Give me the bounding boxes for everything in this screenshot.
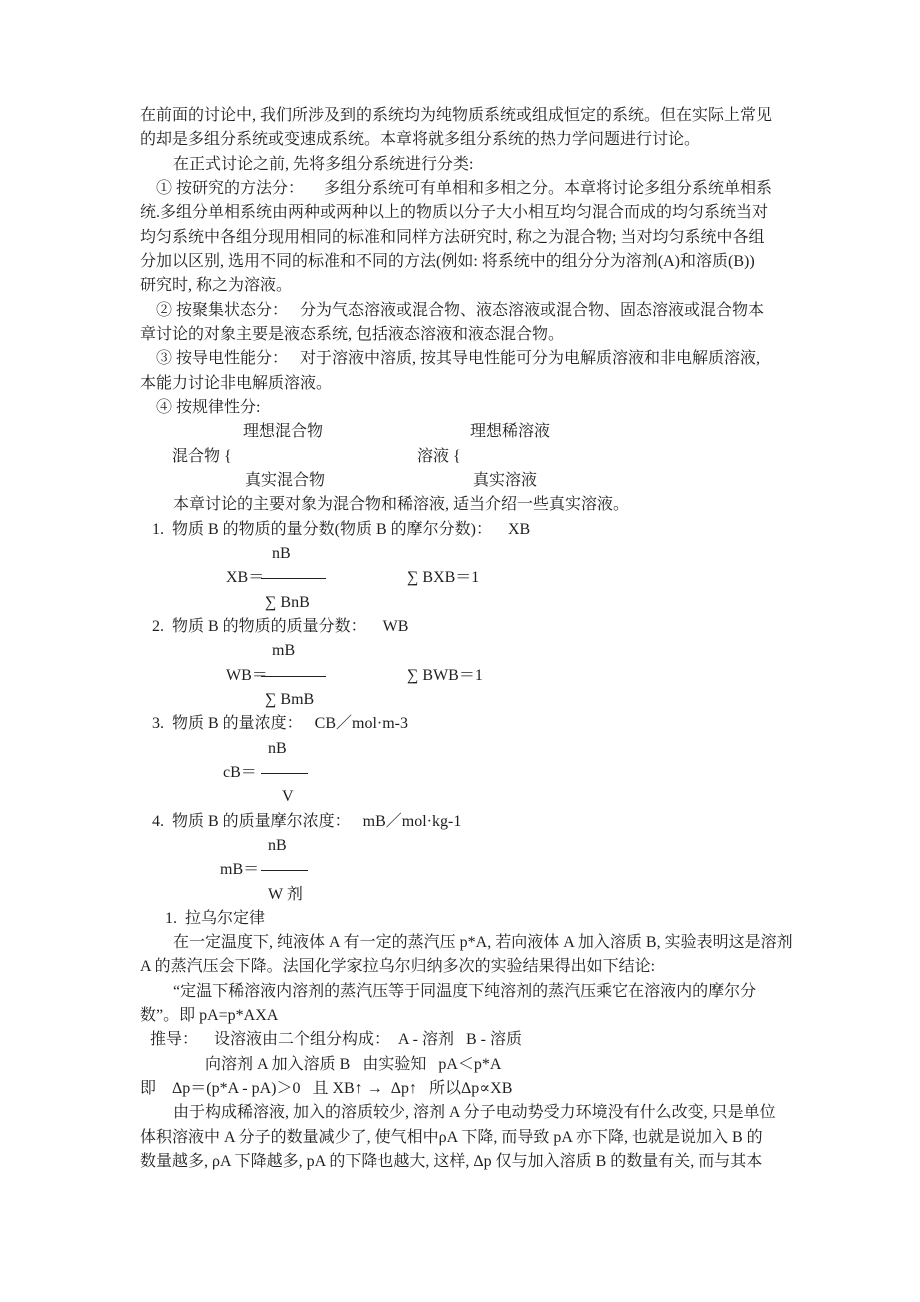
fraction-bar <box>261 578 326 579</box>
formula-xb-main-row: XB＝ ∑ BXB＝1 <box>140 566 808 590</box>
raoult-line: 数”。即 pA=p*AXA <box>140 1004 808 1028</box>
raoult-derivation-line: 推导： 设溶液由二个组分构成： A - 溶剂 B - 溶质 <box>140 1028 808 1052</box>
formula-mb-lhs: mB＝ <box>220 858 259 882</box>
fraction-bar <box>261 773 308 774</box>
formula-mb-numerator: nB <box>268 834 287 858</box>
formula-cb-denominator: V <box>282 785 294 809</box>
scheme-row-ideal: 理想混合物 理想稀溶液 <box>140 420 808 444</box>
formula-wb-sum: ∑ BWB＝1 <box>407 664 483 688</box>
raoult-line: 数量越多, ρA 下降越多, pA 的下降也越大, 这样, Δp 仅与加入溶质 … <box>140 1150 808 1174</box>
formula-xb-sum: ∑ BXB＝1 <box>407 566 479 590</box>
formula-cb-numerator: nB <box>268 737 287 761</box>
intro-line: 在前面的讨论中, 我们所涉及到的系统均为纯物质系统或组成恒定的系统。但在实际上常… <box>140 104 808 128</box>
scheme-row-labels: 混合物 { 溶液 { <box>140 445 808 469</box>
raoult-line: A 的蒸汽压会下降。法国化学家拉乌尔归纳多次的实验结果得出如下结论: <box>140 955 808 979</box>
classification-item-1-line: 统.多组分单相系统由两种或两种以上的物质以分子大小相互均匀混合而成的均匀系统当对 <box>140 201 808 225</box>
classification-item-2: ② 按聚集状态分： 分为气态溶液或混合物、液态溶液或混合物、固态溶液或混合物本 <box>140 299 808 323</box>
raoult-line: 体积溶液中 A 分子的数量减少了, 使气相中ρA 下降, 而导致 pA 亦下降,… <box>140 1126 808 1150</box>
quantity-4-heading: 4. 物质 B 的质量摩尔浓度： mB／mol·kg-1 <box>140 810 808 834</box>
formula-xb-lhs: XB＝ <box>226 566 264 590</box>
scheme-mixture-real: 真实混合物 <box>245 469 325 493</box>
formula-xb-denominator: ∑ BnB <box>265 591 310 615</box>
scheme-solution-real: 真实溶液 <box>473 469 537 493</box>
classification-item-1-line: 研究时, 称之为溶液。 <box>140 274 808 298</box>
scope-line: 本章讨论的主要对象为混合物和稀溶液, 适当介绍一些真实溶液。 <box>140 493 808 517</box>
scheme-solution-label: 溶液 { <box>417 445 461 469</box>
formula-mb-denominator: W 剂 <box>268 883 303 907</box>
formula-mb-main-row: mB＝ <box>140 858 808 882</box>
scheme-mixture-ideal: 理想混合物 <box>243 420 323 444</box>
formula-wb-main-row: WB＝ ∑ BWB＝1 <box>140 664 808 688</box>
formula-wb-denominator: ∑ BmB <box>265 688 314 712</box>
scheme-row-real: 真实混合物 真实溶液 <box>140 469 808 493</box>
document-page: 在前面的讨论中, 我们所涉及到的系统均为纯物质系统或组成恒定的系统。但在实际上常… <box>0 0 920 1302</box>
quantity-1-heading: 1. 物质 B 的物质的量分数(物质 B 的摩尔分数)： XB <box>140 518 808 542</box>
formula-wb-numerator-row: mB <box>140 639 808 663</box>
classification-item-1: ① 按研究的方法分： 多组分系统可有单相和多相之分。本章将讨论多组分系统单相系 <box>140 177 808 201</box>
formula-xb-numerator-row: nB <box>140 542 808 566</box>
classification-item-3: ③ 按导电性能分： 对于溶液中溶质, 按其导电性能可分为电解质溶液和非电解质溶液… <box>140 347 808 371</box>
scheme-solution-ideal: 理想稀溶液 <box>470 420 550 444</box>
formula-cb-denominator-row: V <box>140 785 808 809</box>
formula-xb-numerator: nB <box>272 542 291 566</box>
formula-mb-numerator-row: nB <box>140 834 808 858</box>
quantity-2-heading: 2. 物质 B 的物质的质量分数： WB <box>140 615 808 639</box>
raoult-derivation-line: 即 Δp＝(p*A - pA)＞0 且 XB↑ → Δp↑ 所以Δp∝XB <box>140 1077 808 1101</box>
raoult-heading: 1. 拉乌尔定律 <box>140 907 808 931</box>
raoult-line: 由于构成稀溶液, 加入的溶质较少, 溶剂 A 分子电动势受力环境没有什么改变, … <box>140 1101 808 1125</box>
fraction-bar <box>261 676 326 677</box>
scheme-mixture-label: 混合物 { <box>172 445 232 469</box>
document-content: 在前面的讨论中, 我们所涉及到的系统均为纯物质系统或组成恒定的系统。但在实际上常… <box>140 104 808 1174</box>
raoult-derivation-line: 向溶剂 A 加入溶质 B 由实验知 pA＜p*A <box>140 1053 808 1077</box>
quantity-3-heading: 3. 物质 B 的量浓度： CB／mol·m-3 <box>140 712 808 736</box>
formula-xb-denominator-row: ∑ BnB <box>140 591 808 615</box>
classification-item-4: ④ 按规律性分: <box>140 396 808 420</box>
classification-heading: 在正式讨论之前, 先将多组分系统进行分类: <box>140 153 808 177</box>
formula-mb-denominator-row: W 剂 <box>140 883 808 907</box>
classification-item-1-line: 均匀系统中各组分现用相同的标准和同样方法研究时, 称之为混合物; 当对均匀系统中… <box>140 226 808 250</box>
formula-wb-numerator: mB <box>272 639 295 663</box>
classification-item-3-line: 本能力讨论非电解质溶液。 <box>140 372 808 396</box>
raoult-line: “定温下稀溶液内溶剂的蒸汽压等于同温度下纯溶剂的蒸汽压乘它在溶液内的摩尔分 <box>140 980 808 1004</box>
formula-cb-lhs: cB＝ <box>223 761 257 785</box>
classification-item-1-line: 分加以区别, 选用不同的标准和不同的方法(例如: 将系统中的组分分为溶剂(A)和… <box>140 250 808 274</box>
formula-cb-main-row: cB＝ <box>140 761 808 785</box>
intro-line: 的却是多组分系统或变速成系统。本章将就多组分系统的热力学问题进行讨论。 <box>140 128 808 152</box>
fraction-bar <box>261 870 308 871</box>
formula-cb-numerator-row: nB <box>140 737 808 761</box>
formula-wb-denominator-row: ∑ BmB <box>140 688 808 712</box>
raoult-line: 在一定温度下, 纯液体 A 有一定的蒸汽压 p*A, 若向液体 A 加入溶质 B… <box>140 931 808 955</box>
classification-item-2-line: 章讨论的对象主要是液态系统, 包括液态溶液和液态混合物。 <box>140 323 808 347</box>
